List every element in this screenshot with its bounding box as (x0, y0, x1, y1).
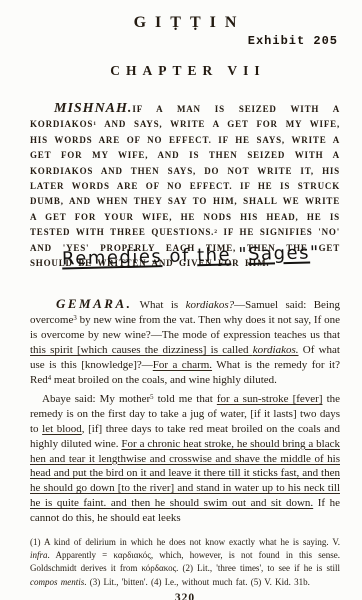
page-number: 320 (30, 592, 340, 600)
chapter-heading: CHAPTER VII (30, 63, 340, 79)
gemara-label: GEMARA. (56, 296, 132, 311)
treatise-title: GIṬṬIN (30, 14, 340, 32)
gemara-paragraph-1: GEMARA. What is kordiakos?—Samuel said: … (30, 297, 340, 387)
scanned-book-page: GIṬṬIN Exhibit 205 CHAPTER VII MISHNAH.I… (0, 0, 362, 600)
footnotes: (1) A kind of delirium in which he does … (30, 536, 340, 589)
gemara-paragraph-2: Abaye said: My mother5 told me that for … (30, 392, 340, 526)
mishnah-label: MISHNAH. (54, 101, 132, 116)
gemara-text-1: What is kordiakos?—Samuel said: Being ov… (30, 299, 340, 386)
exhibit-stamp: Exhibit 205 (248, 34, 338, 48)
